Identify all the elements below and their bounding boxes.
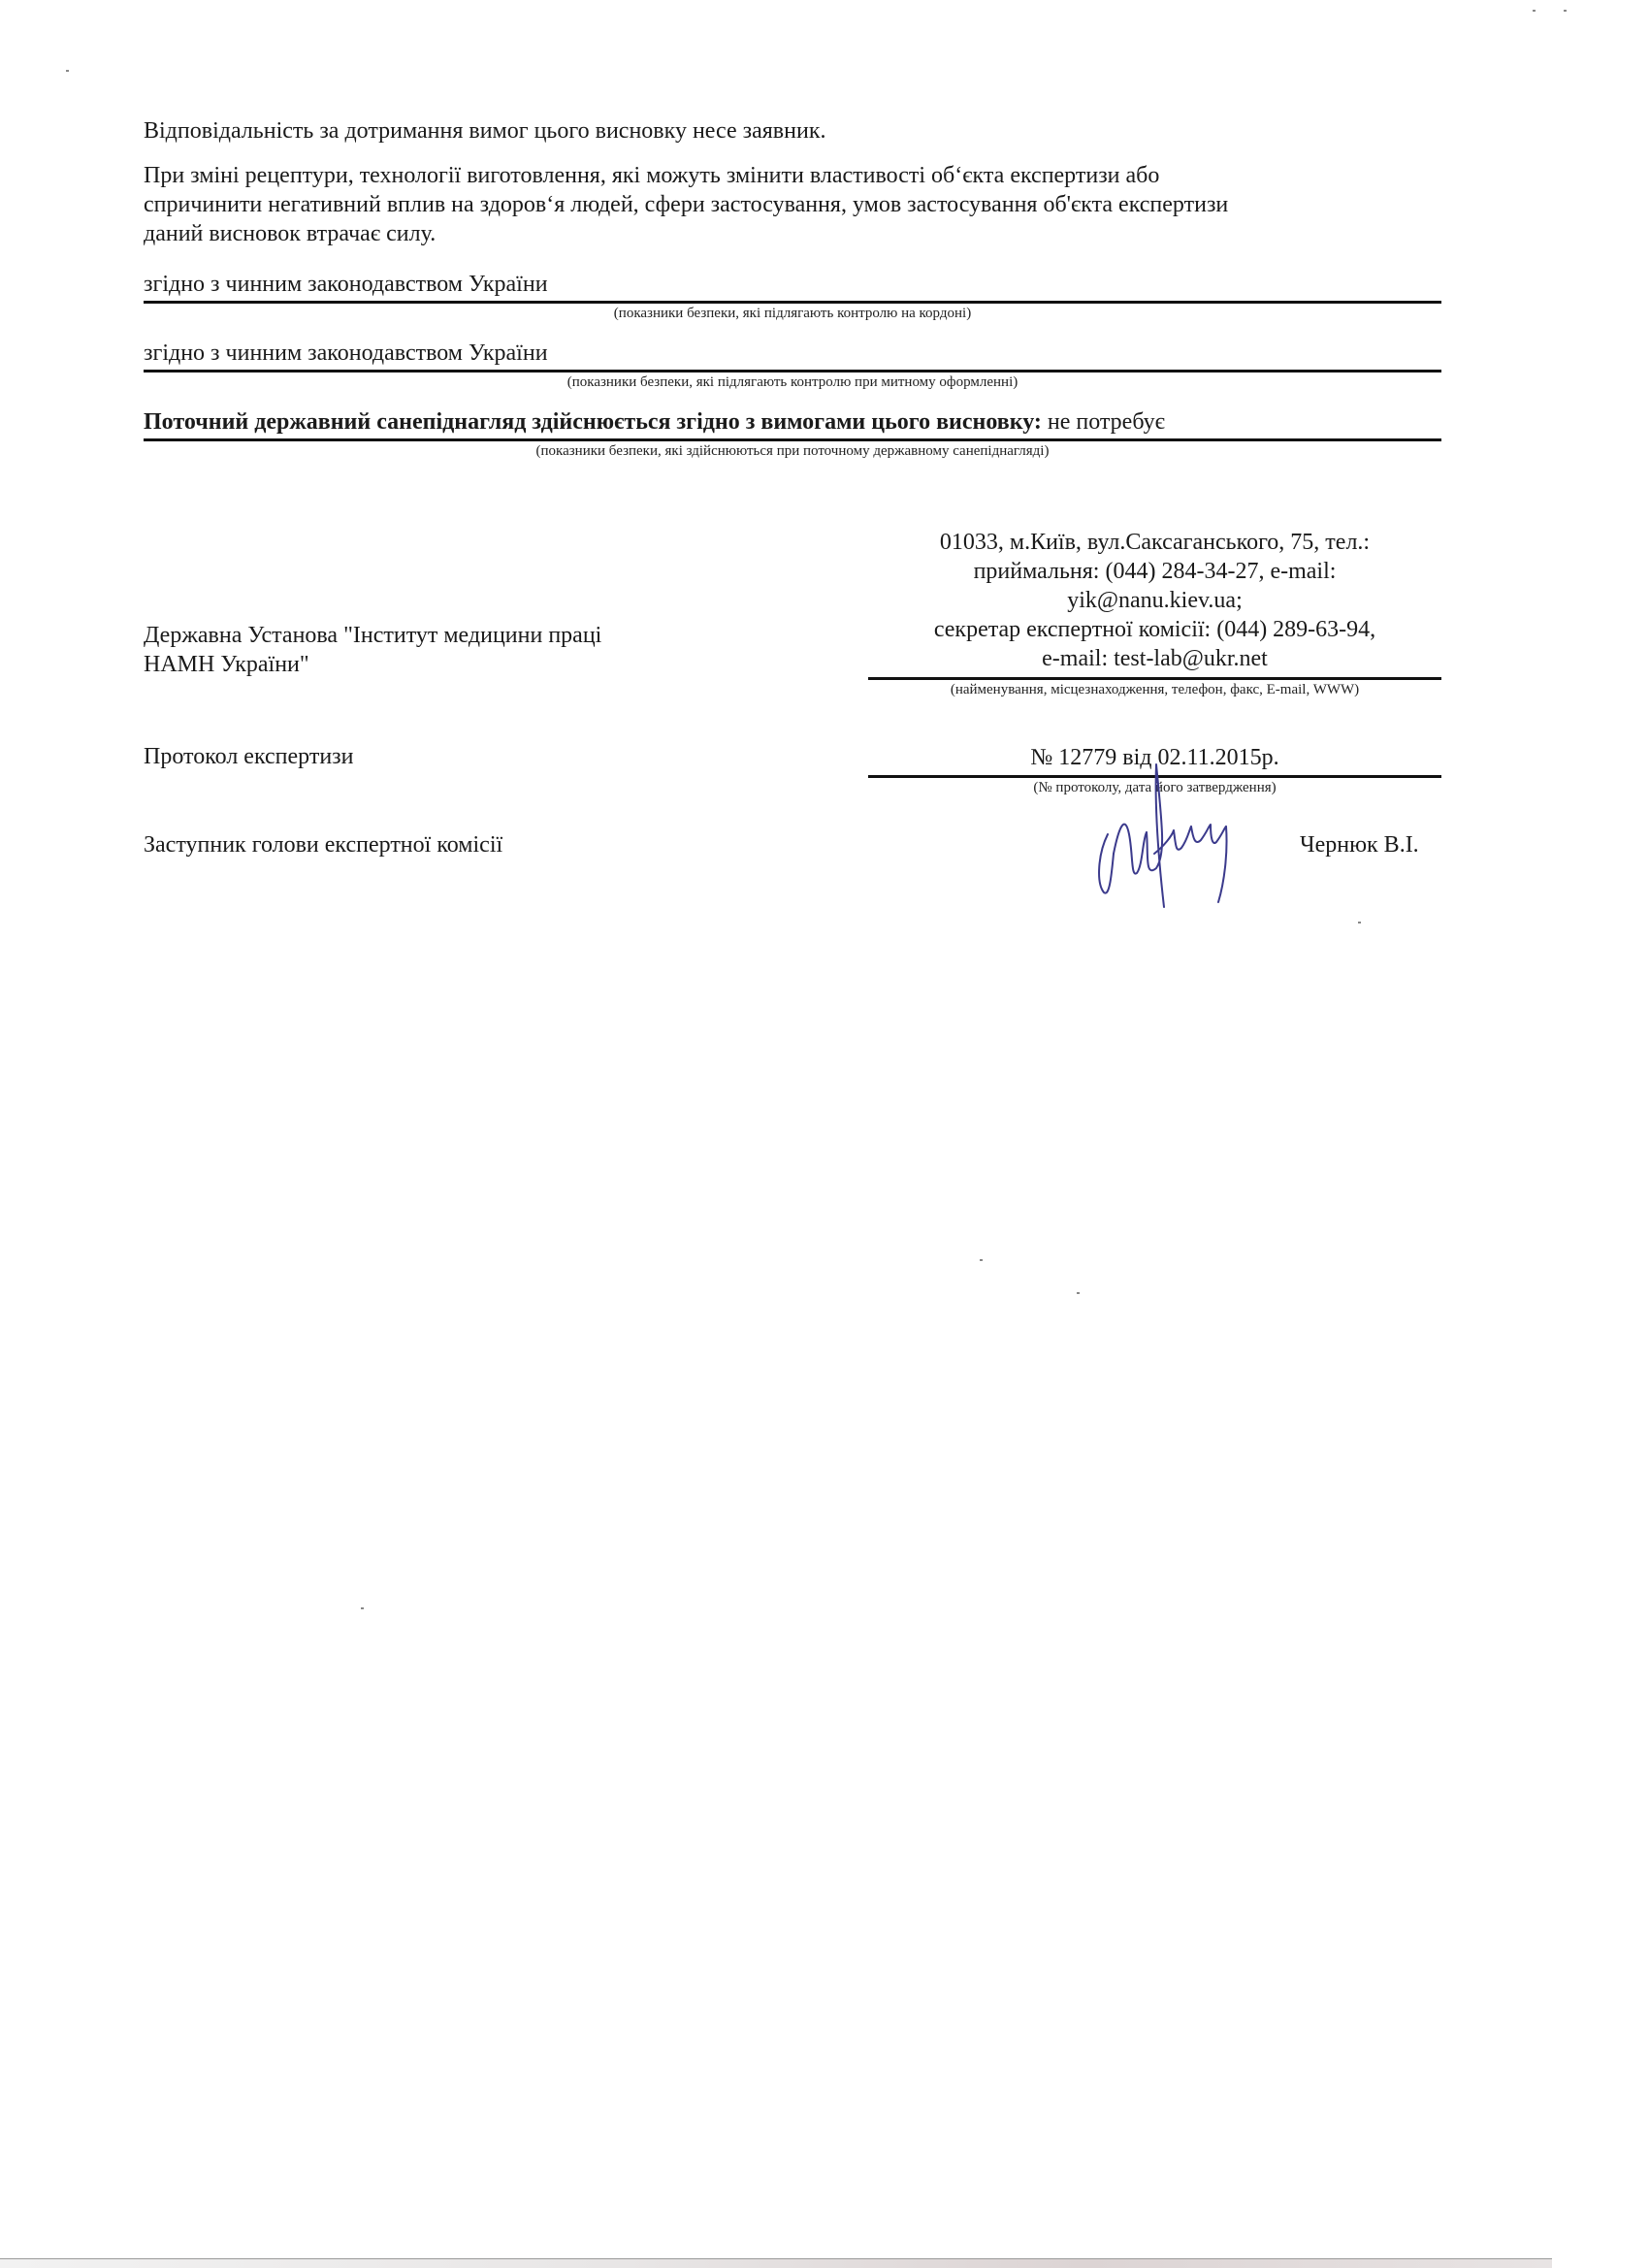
sanitary-supervision-field: Поточний державний санепіднагляд здійсню… <box>144 408 1441 461</box>
customs-control-value: згідно з чинним законодавством України <box>144 340 1441 367</box>
change-clause: При зміні рецептури, технології виготовл… <box>144 161 1443 248</box>
scan-speck <box>1358 922 1361 923</box>
address-line: секретар експертної комісії: (044) 289-6… <box>868 615 1441 644</box>
scan-speck <box>1564 10 1567 12</box>
change-clause-line: спричинити негативний вплив на здоров‘я … <box>144 190 1443 219</box>
address-line: 01033, м.Київ, вул.Саксаганського, 75, т… <box>868 528 1441 557</box>
scan-edge-strip <box>0 2258 1552 2268</box>
signature-icon <box>1086 757 1251 912</box>
change-clause-line: даний висновок втрачає силу. <box>144 219 1443 248</box>
customs-control-field: згідно з чинним законодавством України (… <box>144 340 1441 392</box>
institution-name: Державна Установа "Інститут медицини пра… <box>144 621 601 679</box>
border-control-value: згідно з чинним законодавством України <box>144 271 1441 298</box>
border-control-field: згідно з чинним законодавством України (… <box>144 271 1441 323</box>
address-caption: (найменування, місцезнаходження, телефон… <box>868 680 1441 699</box>
scan-speck <box>66 70 69 72</box>
institution-address-block: 01033, м.Київ, вул.Саксаганського, 75, т… <box>868 528 1441 699</box>
sanitary-supervision-label: Поточний державний санепіднагляд здійсню… <box>144 409 1042 435</box>
address-line: e-mail: test-lab@ukr.net <box>868 644 1441 673</box>
protocol-label: Протокол експертизи <box>144 742 354 771</box>
scan-speck <box>361 1607 364 1609</box>
sanitary-supervision-caption: (показники безпеки, які здійснюються при… <box>144 441 1441 461</box>
scan-speck <box>980 1259 983 1261</box>
institution-name-line: НАМН України" <box>144 650 601 679</box>
sanitary-supervision-value: не потребує <box>1048 409 1165 435</box>
sanitary-supervision-line: Поточний державний санепіднагляд здійсню… <box>144 408 1441 436</box>
signatory-title: Заступник голови експертної комісії <box>144 830 502 859</box>
scan-speck <box>1077 1292 1080 1294</box>
scan-speck <box>1533 10 1536 12</box>
border-control-caption: (показники безпеки, які підлягають контр… <box>144 304 1441 323</box>
address-lines: 01033, м.Київ, вул.Саксаганського, 75, т… <box>868 528 1441 673</box>
address-line: приймальня: (044) 284-34-27, e-mail: <box>868 557 1441 586</box>
responsibility-statement: Відповідальність за дотримання вимог цьо… <box>144 116 826 146</box>
address-line: yik@nanu.kiev.ua; <box>868 586 1441 615</box>
institution-name-line: Державна Установа "Інститут медицини пра… <box>144 621 601 650</box>
customs-control-caption: (показники безпеки, які підлягають контр… <box>144 373 1441 392</box>
change-clause-line: При зміні рецептури, технології виготовл… <box>144 161 1443 190</box>
signatory-name: Чернюк В.І. <box>1300 830 1419 859</box>
